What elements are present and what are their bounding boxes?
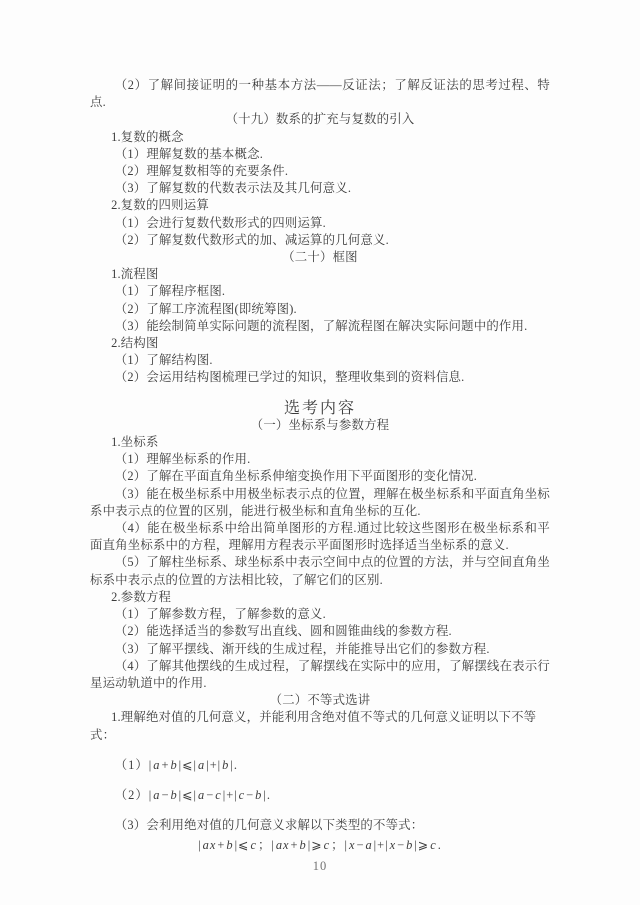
doc-line: （3）会利用绝对值的几何意义求解以下类型的不等式： — [90, 817, 550, 834]
doc-line: （二）不等式选讲 — [90, 692, 550, 709]
doc-line: （2）了解间接证明的一种基本方法——反证法；了解反证法的思考过程、特点. — [90, 77, 550, 111]
doc-line: （5）了解柱坐标系、球坐标系中表示空间中点的位置的方法，并与空间直角坐标系中表示… — [90, 554, 550, 588]
doc-line: （2）|a−b|⩽|a−c|+|c−b|. — [90, 787, 550, 804]
doc-line: （一）坐标系与参数方程 — [90, 417, 550, 434]
page-number: 10 — [0, 859, 640, 874]
doc-line: 1.流程图 — [90, 266, 550, 283]
doc-line: （3）了解复数的代数表示法及其几何意义. — [90, 180, 550, 197]
doc-line: （2）会运用结构图梳理已学过的知识，整理收集到的资料信息. — [90, 369, 550, 386]
doc-line: （1）了解结构图. — [90, 352, 550, 369]
doc-line: 1.复数的概念 — [90, 129, 550, 146]
doc-line: （二十）框图 — [90, 249, 550, 266]
doc-line: （3）能绘制简单实际问题的流程图，了解流程图在解决实际问题中的作用. — [90, 318, 550, 335]
document-page: （2）了解间接证明的一种基本方法——反证法；了解反证法的思考过程、特点.（十九）… — [0, 0, 640, 905]
doc-line: （1）理解坐标系的作用. — [90, 451, 550, 468]
doc-line: （1）|a+b|⩽|a|+|b|. — [90, 757, 550, 774]
doc-line: （2）理解复数相等的充要条件. — [90, 163, 550, 180]
doc-line: （1）会进行复数代数形式的四则运算. — [90, 215, 550, 232]
doc-line: 1.坐标系 — [90, 434, 550, 451]
doc-line: （2）能选择适当的参数写出直线、圆和圆锥曲线的参数方程. — [90, 623, 550, 640]
doc-line: （3）了解平摆线、渐开线的生成过程，并能推导出它们的参数方程. — [90, 641, 550, 658]
doc-line: 2.复数的四则运算 — [90, 197, 550, 214]
doc-line: 2.参数方程 — [90, 589, 550, 606]
doc-line: 1.理解绝对值的几何意义，并能利用含绝对值不等式的几何意义证明以下不等式： — [90, 709, 550, 743]
doc-line: （2）了解工序流程图(即统筹图). — [90, 301, 550, 318]
doc-line: （4）了解其他摆线的生成过程，了解摆线在实际中的应用，了解摆线在表示行星运动轨道… — [90, 658, 550, 692]
doc-line: 2.结构图 — [90, 335, 550, 352]
doc-line: （2）了解复数代数形式的加、减运算的几何意义. — [90, 232, 550, 249]
document-body: （2）了解间接证明的一种基本方法——反证法；了解反证法的思考过程、特点.（十九）… — [90, 0, 550, 855]
doc-line: （3）能在极坐标系中用极坐标表示点的位置，理解在极坐标系和平面直角坐标系中表示点… — [90, 486, 550, 520]
doc-line: （4）能在极坐标系中给出简单图形的方程.通过比较这些图形在极坐标系和平面直角坐标… — [90, 520, 550, 554]
doc-line: |ax+b|⩽c；|ax+b|⩾c；|x−a|+|x−b|⩾c. — [90, 837, 550, 854]
doc-line: （1）理解复数的基本概念. — [90, 146, 550, 163]
doc-line: （2）了解在平面直角坐标系伸缩变换作用下平面图形的变化情况. — [90, 468, 550, 485]
doc-line: （1）了解程序框图. — [90, 283, 550, 300]
doc-line: （十九）数系的扩充与复数的引入 — [90, 111, 550, 128]
doc-line: （1）了解参数方程，了解参数的意义. — [90, 606, 550, 623]
section-heading: 选考内容 — [90, 400, 550, 417]
